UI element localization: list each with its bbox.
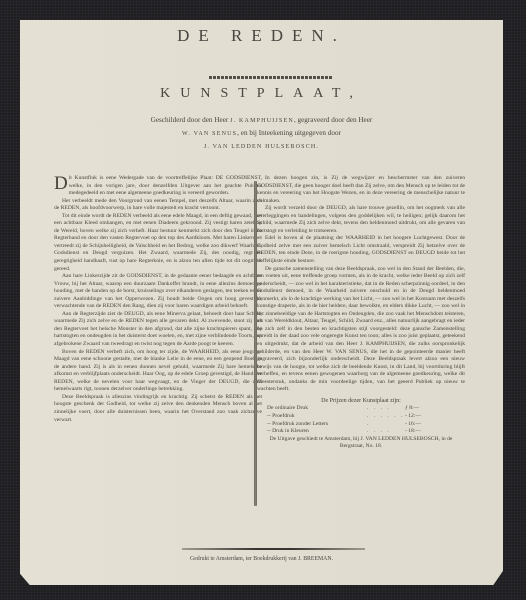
price-label: De ordinaire Druk [267, 405, 367, 413]
paragraph: Het verbeeldt mede den Voorgrond van een… [54, 198, 262, 213]
byline-line-1: Geschilderd door den Heer J. KAMPHUIJSEN… [20, 114, 503, 127]
byline-text: , gegraveerd door den Heer [294, 116, 372, 124]
bottom-rule [182, 548, 365, 550]
painter-name: J. KAMPHUIJSEN [230, 118, 294, 124]
paragraph: Zij wordt verzeld door de DEUGD, als har… [257, 205, 465, 235]
left-column: Dit Kunstfluk is eene Wedergade van de v… [54, 175, 262, 424]
right-column: In dezen hoogen zin, is Zij de wegwijzer… [257, 175, 465, 451]
paragraph: De gansche zamenstelling van deze Beelds… [257, 266, 465, 394]
printer-imprint: Gedrukt te Amsterdam, ter Boekdrukkerij … [20, 556, 503, 562]
paragraph: Deze Beeldspraak is alleszins vindingrij… [54, 394, 262, 424]
paragraph: Edel is boven al de plaatsing der WAARHE… [257, 235, 465, 265]
paragraph: Dit Kunstfluk is eene Wedergade van de v… [54, 175, 262, 198]
price-label: -- Proefdruk [267, 413, 367, 421]
price-row: -- Proefdruk zonder Letters . - 16:— [257, 421, 465, 429]
byline-text: , en bij Inteekening uitgegeven door [237, 129, 341, 137]
paragraph: Tot dit einde wordt de REDEN verbeeld al… [54, 213, 262, 273]
price-leader: . . . . . . [367, 413, 405, 421]
price-row: De ordinaire Druk . . . . ƒ 8:— [257, 405, 465, 413]
price-value: ƒ 8:— [405, 405, 445, 413]
paragraph: In dezen hoogen zin, is Zij de wegwijzer… [257, 175, 465, 205]
price-leader: . . . . [367, 405, 405, 413]
byline-line-3: J. VAN LEDDEN HULSEBOSCH. [20, 140, 503, 153]
paragraph: Boven de REDEN verheft zich, om hoog ter… [54, 349, 262, 394]
decorative-rule [209, 76, 333, 79]
price-leader: . [367, 421, 405, 429]
prices-heading: De Prijzen dezer Kunstplaat zijn: [257, 398, 465, 406]
paragraph: Aan hare Linkerzijde zit de GODSDIENST, … [54, 273, 262, 311]
price-leader: . . . . [367, 428, 405, 436]
engraver-name: W. VAN SENUS [182, 131, 237, 137]
byline-text: Geschilderd door den Heer [151, 116, 229, 124]
paragraph-text: it Kunstfluk is eene Wedergade van de vo… [69, 175, 262, 196]
document-subtitle: KUNSTPLAAT, [20, 86, 503, 102]
publisher-name: J. VAN LEDDEN HULSEBOSCH. [204, 144, 319, 150]
paragraph: Aan de Regterzijde ziet de DEUGD, als ee… [54, 311, 262, 349]
price-row: -- Druk in Kleuren . . . . - 18:— [257, 428, 465, 436]
price-row: -- Proefdruk . . . . . . - 12:— [257, 413, 465, 421]
document-sheet: DE REDEN. KUNSTPLAAT, Geschilderd door d… [20, 20, 503, 585]
document-title: DE REDEN. [20, 26, 503, 46]
drop-cap: D [54, 176, 68, 191]
price-value: - 18:— [405, 428, 445, 436]
price-value: - 16:— [405, 421, 445, 429]
publication-note: De Uitgave geschiedt te Amsterdam, bij J… [257, 436, 465, 451]
price-value: - 12:— [405, 413, 445, 421]
byline-line-2: W. VAN SENUS, en bij Inteekening uitgege… [20, 127, 503, 140]
price-label: -- Proefdruk zonder Letters [267, 421, 367, 429]
byline: Geschilderd door den Heer J. KAMPHUIJSEN… [20, 114, 503, 153]
price-label: -- Druk in Kleuren [267, 428, 367, 436]
